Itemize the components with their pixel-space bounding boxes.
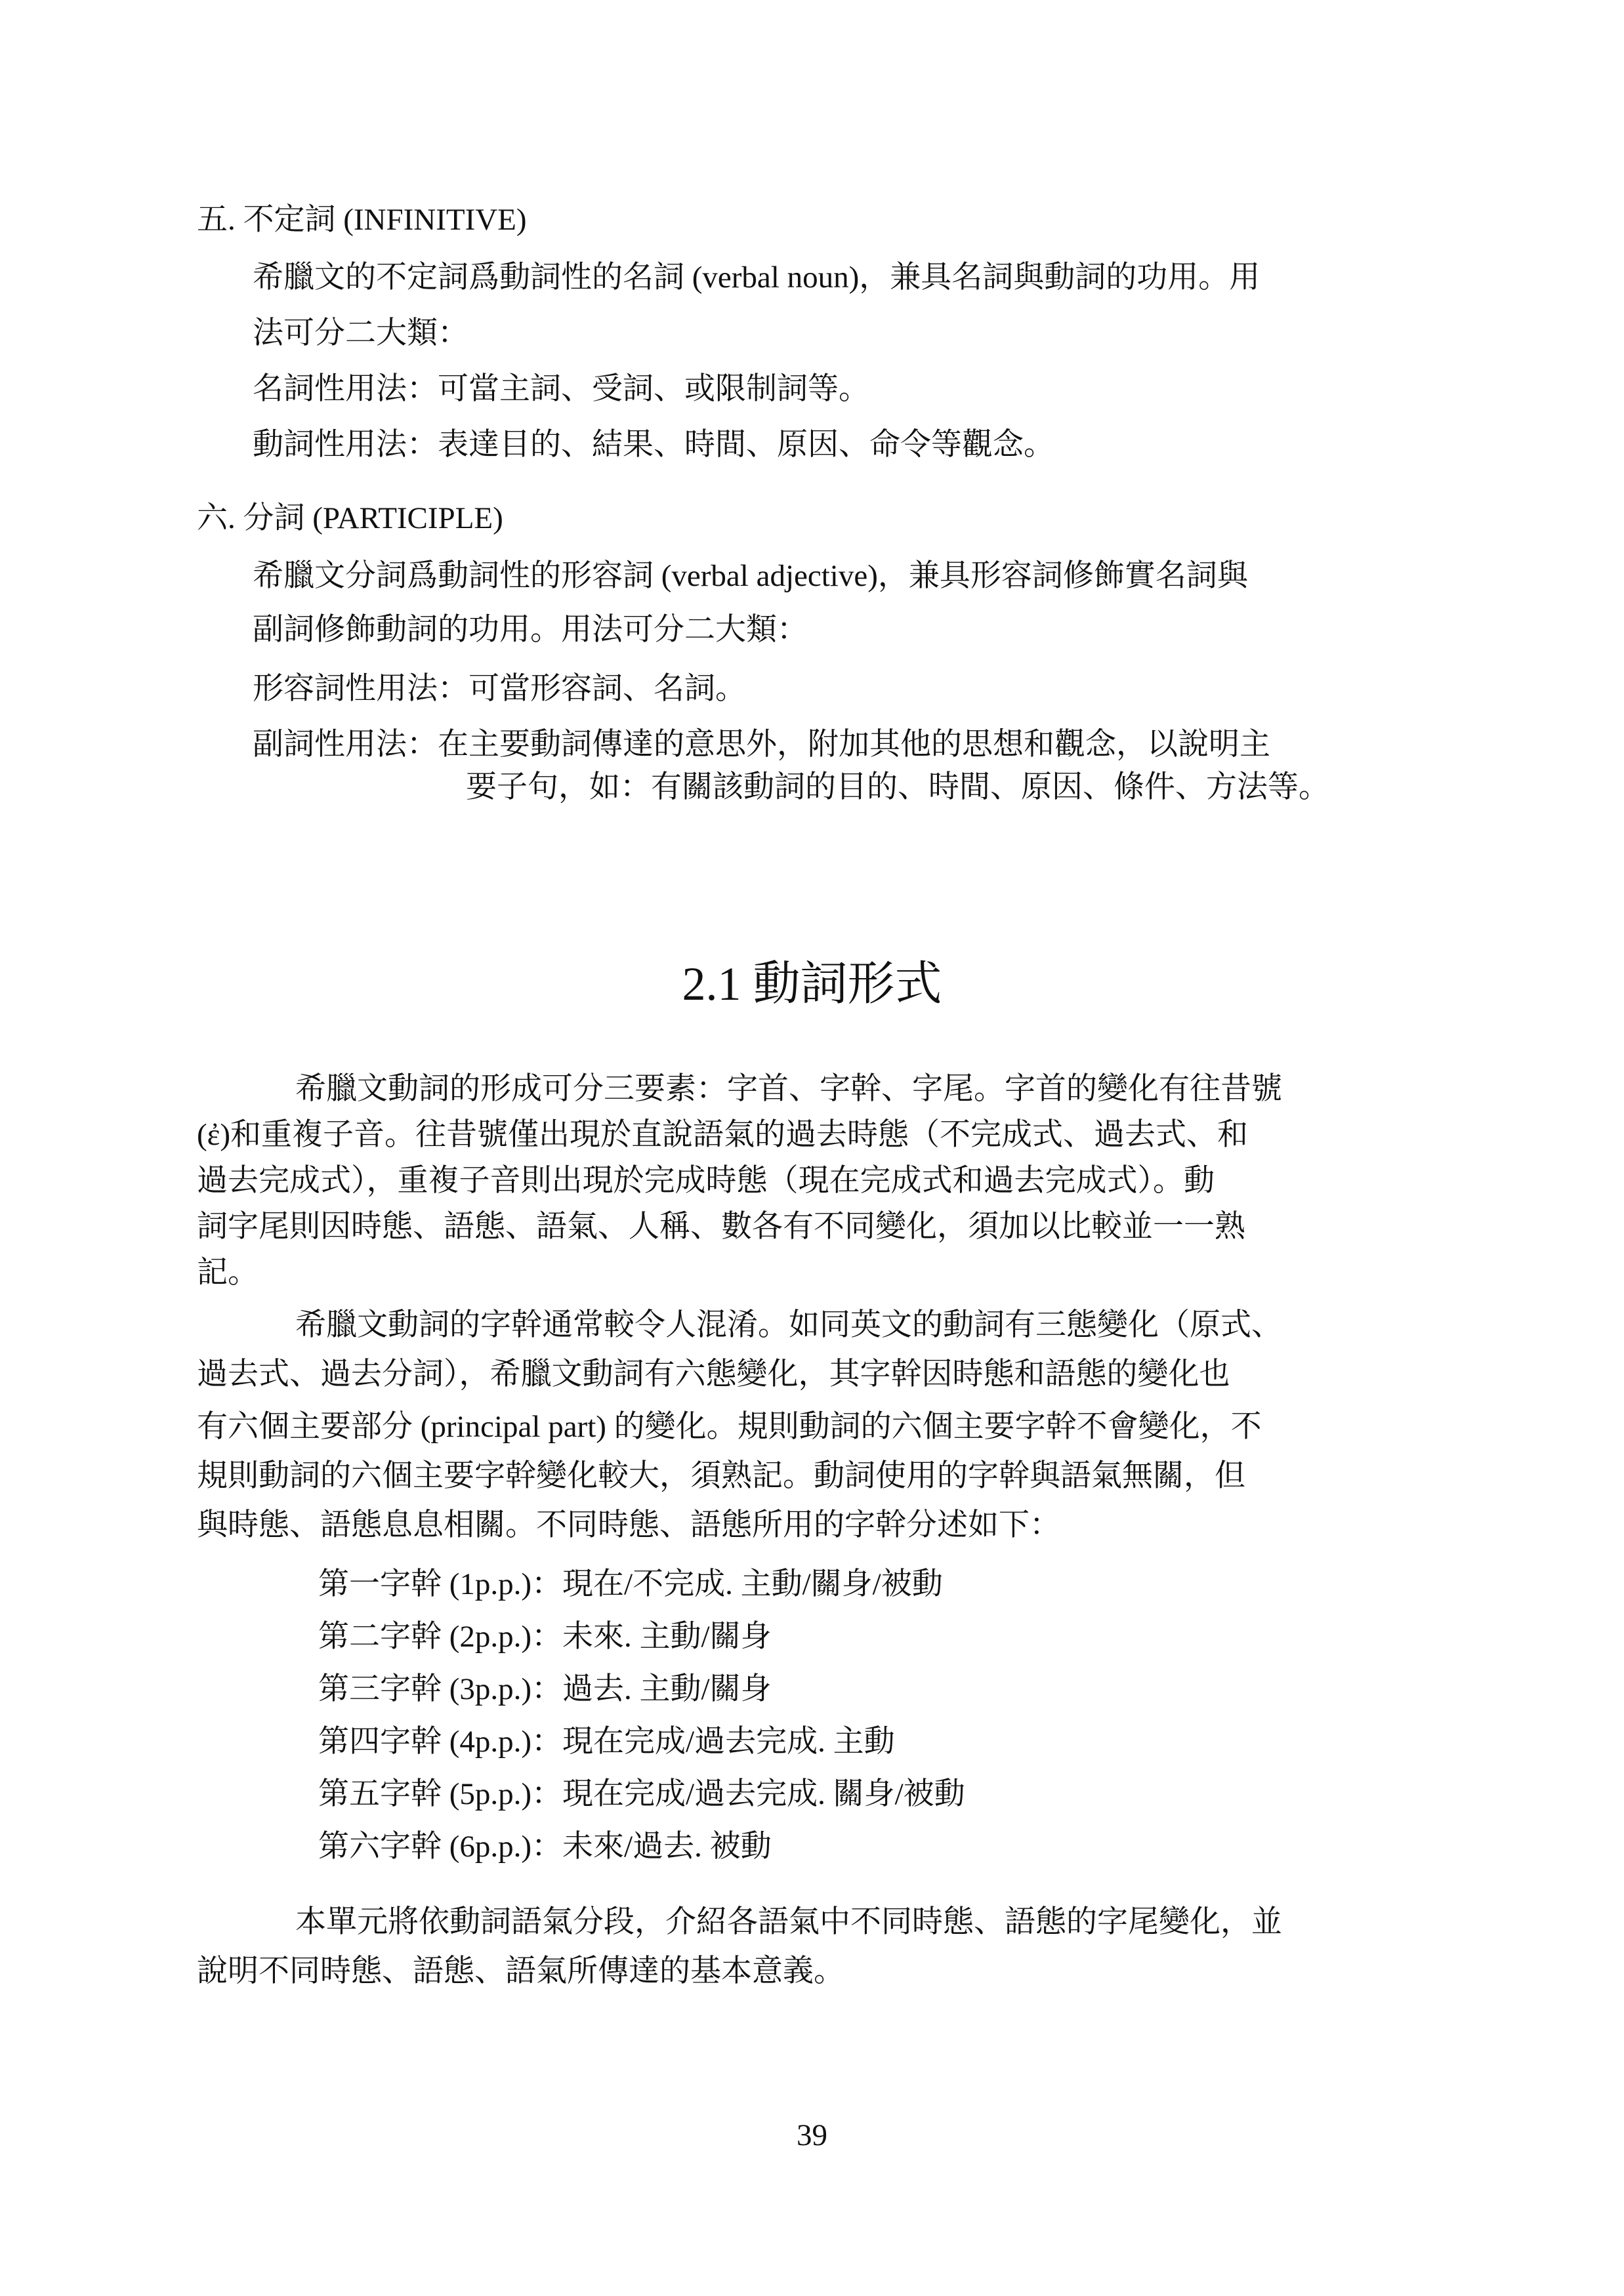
participle-line: 希臘文分詞爲動詞性的形容詞 (verbal adjective)，兼具形容詞修飾…	[253, 556, 1248, 596]
para1-line: (ἐ)和重複子音。往昔號僅出現於直說語氣的過去時態（不完成式、過去式、和	[197, 1115, 1248, 1155]
page-number: 39	[0, 2116, 1624, 2155]
para2-line: 與時態、語態息息相關。不同時態、語態所用的字幹分述如下：	[197, 1506, 1060, 1545]
stem-item: 第四字幹 (4p.p.)：現在完成/過去完成. 主動	[318, 1722, 895, 1761]
para2-line: 過去式、過去分詞），希臘文動詞有六態變化，其字幹因時態和語態的變化也	[197, 1355, 1230, 1394]
participle-line: 副詞性用法：在主要動詞傳達的意思外，附加其他的思想和觀念，以說明主	[253, 725, 1270, 764]
infinitive-line: 名詞性用法：可當主詞、受詞、或限制詞等。	[253, 369, 869, 409]
participle-line: 形容詞性用法：可當形容詞、名詞。	[253, 669, 746, 708]
infinitive-line: 法可分二大類：	[253, 314, 468, 353]
participle-line: 要子句，如：有關該動詞的目的、時間、原因、條件、方法等。	[466, 768, 1329, 807]
stem-item: 第一字幹 (1p.p.)：現在/不完成. 主動/關身/被動	[318, 1565, 943, 1604]
para1-line: 詞字尾則因時態、語態、語氣、人稱、數各有不同變化，須加以比較並一一熟	[197, 1207, 1245, 1246]
para3-line: 本單元將依動詞語氣分段，介紹各語氣中不同時態、語態的字尾變化，並	[295, 1902, 1282, 1942]
participle-line: 副詞修飾動詞的功用。用法可分二大類：	[253, 610, 808, 649]
para1-line: 過去完成式），重複子音則出現於完成時態（現在完成式和過去完成式）。動	[197, 1161, 1215, 1200]
stem-item: 第三字幹 (3p.p.)：過去. 主動/關身	[318, 1670, 772, 1709]
section-heading-participle: 六. 分詞 (PARTICIPLE)	[197, 499, 503, 538]
stem-item: 第六字幹 (6p.p.)：未來/過去. 被動	[318, 1827, 772, 1866]
para3-line: 說明不同時態、語態、語氣所傳達的基本意義。	[197, 1952, 844, 1991]
stem-item: 第二字幹 (2p.p.)：未來. 主動/關身	[318, 1617, 772, 1656]
section-heading-infinitive: 五. 不定詞 (INFINITIVE)	[197, 200, 527, 239]
para2-line: 有六個主要部分 (principal part) 的變化。規則動詞的六個主要字幹…	[197, 1407, 1262, 1446]
stem-item: 第五字幹 (5p.p.)：現在完成/過去完成. 關身/被動	[318, 1774, 965, 1814]
chapter-title: 2.1 動詞形式	[0, 954, 1624, 1014]
para1-line: 記。	[197, 1253, 259, 1292]
para1-line: 希臘文動詞的形成可分三要素：字首、字幹、字尾。字首的變化有往昔號	[295, 1069, 1282, 1109]
infinitive-line: 動詞性用法：表達目的、結果、時間、原因、命令等觀念。	[253, 425, 1054, 464]
para2-line: 希臘文動詞的字幹通常較令人混淆。如同英文的動詞有三態變化（原式、	[295, 1305, 1282, 1345]
infinitive-line: 希臘文的不定詞爲動詞性的名詞 (verbal noun)，兼具名詞與動詞的功用。…	[253, 258, 1260, 297]
para2-line: 規則動詞的六個主要字幹變化較大，須熟記。動詞使用的字幹與語氣無關，但	[197, 1456, 1245, 1496]
